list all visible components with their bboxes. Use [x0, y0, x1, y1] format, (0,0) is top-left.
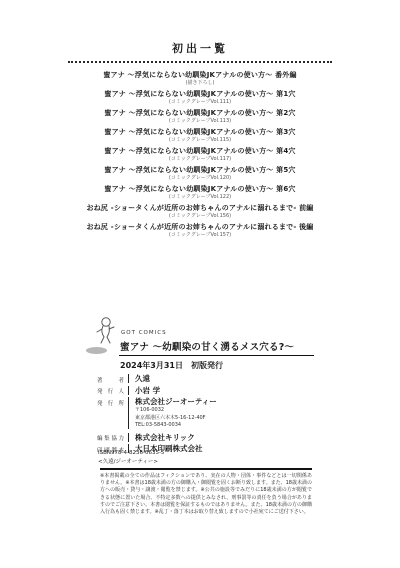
postal-code: 〒106-0032: [135, 407, 217, 414]
work-title: おね尻 -ショータくんが近所のお姉ちゃんのアナルに溺れるまで- 後編: [0, 223, 400, 232]
work-title: 蜜アナ 〜浮気にならない幼馴染JKアナルの使い方〜 第1穴: [0, 90, 400, 99]
list-item: おね尻 -ショータくんが近所のお姉ちゃんのアナルに溺れるまで- 前編 (コミック…: [0, 204, 400, 219]
work-title: おね尻 -ショータくんが近所のお姉ちゃんのアナルに溺れるまで- 前編: [0, 204, 400, 213]
list-item: 蜜アナ 〜浮気にならない幼馴染JKアナルの使い方〜 第2穴 (コミックグレープV…: [0, 109, 400, 124]
mascot-doodle-icon: [92, 316, 118, 350]
publisher-name: 株式会社ジーオーティー: [135, 397, 217, 406]
address: 東京都港区六本木5-16-12-40F: [135, 415, 217, 422]
table-row: 編集協力 株式会社キリック: [97, 433, 313, 443]
work-source: (コミックグレープVol.156): [0, 213, 400, 219]
colophon-page: 初出一覧 蜜アナ 〜浮気にならない幼馴染JKアナルの使い方〜 番外編 (描き下ろ…: [0, 0, 400, 568]
work-source: (コミックグレープVol.115): [0, 137, 400, 143]
work-title: 蜜アナ 〜浮気にならない幼馴染JKアナルの使い方〜 第4穴: [0, 147, 400, 156]
list-item: 蜜アナ 〜浮気にならない幼馴染JKアナルの使い方〜 第6穴 (コミックグレープV…: [0, 185, 400, 200]
row-value: 小岩 学: [128, 386, 160, 395]
publication-date: 2024年3月31日 初版発行: [120, 360, 223, 371]
book-title: 蜜アナ 〜幼馴染の甘く湧るメス穴る?〜: [120, 339, 294, 353]
section-title: 初出一覧: [0, 40, 400, 56]
row-label: 編集協力: [97, 433, 124, 443]
divider: [100, 468, 312, 470]
author-publisher-credit: <久遠/ジーオーティー>: [98, 457, 158, 465]
publication-info-table: 著者 久遠 発行人 小岩 学 発行所 株式会社ジーオーティー 〒106-0032…: [97, 374, 313, 456]
work-source: (コミックグレープVol.113): [0, 118, 400, 124]
row-value: 株式会社ジーオーティー 〒106-0032 東京都港区六本木5-16-12-40…: [128, 397, 217, 429]
work-source: (コミックグレープVol.120): [0, 175, 400, 181]
work-source: (コミックグレープVol.117): [0, 156, 400, 162]
work-title: 蜜アナ 〜浮気にならない幼馴染JKアナルの使い方〜 第6穴: [0, 185, 400, 194]
stamp-oval: [86, 347, 107, 354]
list-item: 蜜アナ 〜浮気にならない幼馴染JKアナルの使い方〜 第4穴 (コミックグレープV…: [0, 147, 400, 162]
colophon-section: GOT COMICS 蜜アナ 〜幼馴染の甘く湧るメス穴る?〜 2024年3月31…: [0, 316, 400, 568]
title-underline: [119, 355, 314, 356]
first-publication-section: 初出一覧 蜜アナ 〜浮気にならない幼馴染JKアナルの使い方〜 番外編 (描き下ろ…: [0, 40, 400, 242]
work-source: (コミックグレープVol.111): [0, 99, 400, 105]
table-row: 発行人 小岩 学: [97, 386, 313, 396]
work-source: (コミックグレープVol.157): [0, 232, 400, 238]
dotted-divider: [68, 61, 332, 63]
row-label: 発行所: [97, 397, 124, 407]
list-item: 蜜アナ 〜浮気にならない幼馴染JKアナルの使い方〜 第3穴 (コミックグレープV…: [0, 128, 400, 143]
row-value: 株式会社キリック: [128, 433, 195, 442]
work-title: 蜜アナ 〜浮気にならない幼馴染JKアナルの使い方〜 第3穴: [0, 128, 400, 137]
list-item: 蜜アナ 〜浮気にならない幼馴染JKアナルの使い方〜 第5穴 (コミックグレープV…: [0, 166, 400, 181]
imprint-label: GOT COMICS: [121, 330, 167, 336]
phone: TEL:03-5843-0034: [135, 422, 217, 429]
row-label: 発行人: [97, 386, 124, 396]
work-source: (描き下ろし): [0, 80, 400, 86]
isbn: ISBN978-4-8236-0635-5: [98, 450, 164, 457]
work-source: (コミックグレープVol.122): [0, 194, 400, 200]
row-value: 久遠: [128, 374, 150, 383]
list-item: 蜜アナ 〜浮気にならない幼馴染JKアナルの使い方〜 第1穴 (コミックグレープV…: [0, 90, 400, 105]
list-item: おね尻 -ショータくんが近所のお姉ちゃんのアナルに溺れるまで- 後編 (コミック…: [0, 223, 400, 238]
work-title: 蜜アナ 〜浮気にならない幼馴染JKアナルの使い方〜 番外編: [0, 71, 400, 80]
table-row: 著者 久遠: [97, 374, 313, 384]
work-title: 蜜アナ 〜浮気にならない幼馴染JKアナルの使い方〜 第2穴: [0, 109, 400, 118]
legal-disclaimer: ※本書掲載の全ての作品はフィクションであり、実在の人物・団体・事件などとは一切関…: [100, 473, 312, 516]
list-item: 蜜アナ 〜浮気にならない幼馴染JKアナルの使い方〜 番外編 (描き下ろし): [0, 71, 400, 86]
work-title: 蜜アナ 〜浮気にならない幼馴染JKアナルの使い方〜 第5穴: [0, 166, 400, 175]
table-row: 発行所 株式会社ジーオーティー 〒106-0032 東京都港区六本木5-16-1…: [97, 397, 313, 429]
row-label: 著者: [97, 374, 124, 384]
